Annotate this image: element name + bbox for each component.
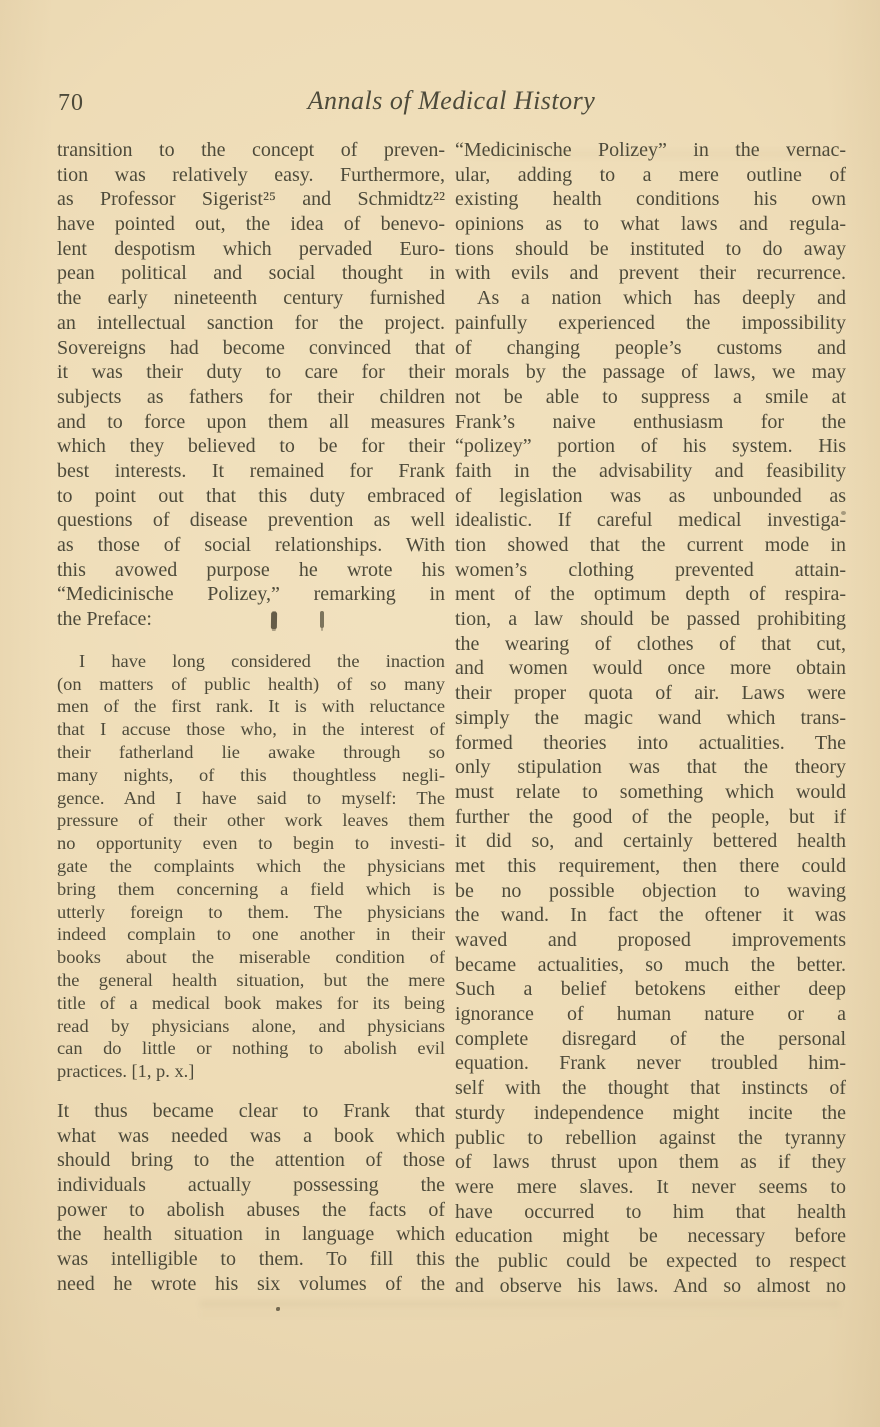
text-line: As a nation which has deeply and <box>455 286 846 311</box>
text-line: tion, a law should be passed prohibiting <box>455 607 846 632</box>
scan-dot-artifact <box>841 511 846 515</box>
text-line: ignorance of human nature or a <box>455 1002 846 1027</box>
text-line: existing health conditions his own <box>455 187 846 212</box>
paragraph: It thus became clear to Frank thatwhat w… <box>57 1099 445 1297</box>
text-line: self with the thought that instincts of <box>455 1076 846 1101</box>
text-line: to point out that this duty embraced <box>57 484 445 509</box>
text-line: what was needed was a book which <box>57 1124 445 1149</box>
text-line: tions should be instituted to do away <box>455 237 846 262</box>
text-line: became actualities, so much the better. <box>455 953 846 978</box>
text-line: sturdy independence might incite the <box>455 1101 846 1126</box>
text-line: books about the miserable condition of <box>57 946 445 969</box>
text-line: be no possible objection to waving <box>455 879 846 904</box>
text-line: individuals actually possessing the <box>57 1173 445 1198</box>
text-line: men of the first rank. It is with reluct… <box>57 695 445 718</box>
block-quote: I have long considered the inaction(on m… <box>57 650 445 1083</box>
text-line: it was their duty to care for their <box>57 360 445 385</box>
text-line: the health situation in language which <box>57 1222 445 1247</box>
text-line: transition to the concept of preven- <box>57 138 445 163</box>
text-line: read by physicians alone, and physicians <box>57 1015 445 1038</box>
text-line: of legislation was as unbounded as <box>455 484 846 509</box>
text-line: ment of the optimum depth of respira- <box>455 582 846 607</box>
text-line: need he wrote his six volumes of the <box>57 1272 445 1297</box>
text-line: with evils and prevent their recurrence. <box>455 261 846 286</box>
text-line: the early nineteenth century furnished <box>57 286 445 311</box>
text-line: gate the complaints which the physicians <box>57 855 445 878</box>
text-line: not be able to suppress a smile at <box>455 385 846 410</box>
paragraph: “Medicinische Polizey” in the vernac-ula… <box>455 138 846 286</box>
text-line: pressure of their other work leaves them <box>57 809 445 832</box>
text-line: opinions as to what laws and regula- <box>455 212 846 237</box>
text-line: formed theories into actualities. The <box>455 731 846 756</box>
text-line: tion was relatively easy. Furthermore, <box>57 163 445 188</box>
text-line: have pointed out, the idea of benevo- <box>57 212 445 237</box>
text-line: should bring to the attention of those <box>57 1148 445 1173</box>
text-line: morals by the passage of laws, we may <box>455 360 846 385</box>
text-line: indeed complain to one another in their <box>57 923 445 946</box>
ink-smudge-mark <box>320 611 324 628</box>
text-line: title of a medical book makes for its be… <box>57 992 445 1015</box>
text-line: many nights, of this thoughtless negli- <box>57 764 445 787</box>
text-line: which they believed to be for their <box>57 434 445 459</box>
text-line: the Preface: <box>57 607 445 632</box>
text-line: of changing people’s customs and <box>455 336 846 361</box>
text-line: idealistic. If careful medical investiga… <box>455 508 846 533</box>
text-line: education might be necessary before <box>455 1224 846 1249</box>
text-line: met this requirement, then there could <box>455 854 846 879</box>
text-line: Frank’s naive enthusiasm for the <box>455 410 846 435</box>
scan-speck-artifact <box>276 1307 280 1311</box>
text-line: faith in the advisability and feasibilit… <box>455 459 846 484</box>
text-line: questions of disease prevention as well <box>57 508 445 533</box>
text-line: was intelligible to them. To fill this <box>57 1247 445 1272</box>
text-line: it did so, and certainly bettered health <box>455 829 846 854</box>
text-line: and observe his laws. And so almost no <box>455 1274 846 1299</box>
text-line: simply the magic wand which trans- <box>455 706 846 731</box>
text-line: the wand. In fact the oftener it was <box>455 903 846 928</box>
text-line: the public could be expected to respect <box>455 1249 846 1274</box>
text-line: pean political and social thought in <box>57 261 445 286</box>
text-line: tion showed that the current mode in <box>455 533 846 558</box>
text-line: ular, adding to a mere outline of <box>455 163 846 188</box>
text-line: the wearing of clothes of that cut, <box>455 632 846 657</box>
text-line: gence. And I have said to myself: The <box>57 787 445 810</box>
text-line: an intellectual sanction for the project… <box>57 311 445 336</box>
text-line: were mere slaves. It never seems to <box>455 1175 846 1200</box>
paragraph: As a nation which has deeply andpainfull… <box>455 286 846 1298</box>
text-line: waved and proposed improvements <box>455 928 846 953</box>
text-line: must relate to something which would <box>455 780 846 805</box>
text-line: subjects as fathers for their children <box>57 385 445 410</box>
text-line: the general health situation, but the me… <box>57 969 445 992</box>
text-line: and women would once more obtain <box>455 656 846 681</box>
text-line: and to force upon them all measures <box>57 410 445 435</box>
paragraph: transition to the concept of preven-tion… <box>57 138 445 632</box>
text-line: bring them concerning a field which is <box>57 878 445 901</box>
text-line: further the good of the people, but if <box>455 805 846 830</box>
text-line: women’s clothing prevented attain- <box>455 558 846 583</box>
right-text-column: “Medicinische Polizey” in the vernac-ula… <box>455 138 846 1298</box>
text-line: lent despotism which pervaded Euro- <box>57 237 445 262</box>
reverse-page-ghosting <box>200 1300 840 1316</box>
text-line: best interests. It remained for Frank <box>57 459 445 484</box>
text-line: no opportunity even to begin to investi- <box>57 832 445 855</box>
text-line: can do little or nothing to abolish evil <box>57 1037 445 1060</box>
text-line: painfully experienced the impossibility <box>455 311 846 336</box>
ink-smudge-mark <box>271 612 277 629</box>
text-line: Sovereigns had become convinced that <box>57 336 445 361</box>
journal-title: Annals of Medical History <box>57 86 846 116</box>
text-line: power to abolish abuses the facts of <box>57 1198 445 1223</box>
text-line: utterly foreign to them. The physicians <box>57 901 445 924</box>
left-text-column: transition to the concept of preven-tion… <box>57 138 445 1296</box>
text-line: “polizey” portion of his system. His <box>455 434 846 459</box>
text-line: of laws thrust upon them as if they <box>455 1150 846 1175</box>
text-line: “Medicinische Polizey,” remarking in <box>57 582 445 607</box>
text-line: their proper quota of air. Laws were <box>455 681 846 706</box>
scanned-book-page: 70 Annals of Medical History transition … <box>0 0 880 1427</box>
text-line: public to rebellion against the tyranny <box>455 1126 846 1151</box>
text-line: complete disregard of the personal <box>455 1027 846 1052</box>
text-line: Such a belief betokens either deep <box>455 977 846 1002</box>
text-line: practices. [1, p. x.] <box>57 1060 445 1083</box>
text-line: equation. Frank never troubled him- <box>455 1051 846 1076</box>
text-line: “Medicinische Polizey” in the vernac- <box>455 138 846 163</box>
text-line: have occurred to him that health <box>455 1200 846 1225</box>
text-line: as those of social relationships. With <box>57 533 445 558</box>
text-line: (on matters of public health) of so many <box>57 673 445 696</box>
text-line: this avowed purpose he wrote his <box>57 558 445 583</box>
text-line: I have long considered the inaction <box>57 650 445 673</box>
text-line: that I accuse those who, in the interest… <box>57 718 445 741</box>
text-line: It thus became clear to Frank that <box>57 1099 445 1124</box>
text-line: only stipulation was that the theory <box>455 755 846 780</box>
text-line: as Professor Sigerist²⁵ and Schmidtz²² <box>57 187 445 212</box>
text-line: their fatherland lie awake through so <box>57 741 445 764</box>
